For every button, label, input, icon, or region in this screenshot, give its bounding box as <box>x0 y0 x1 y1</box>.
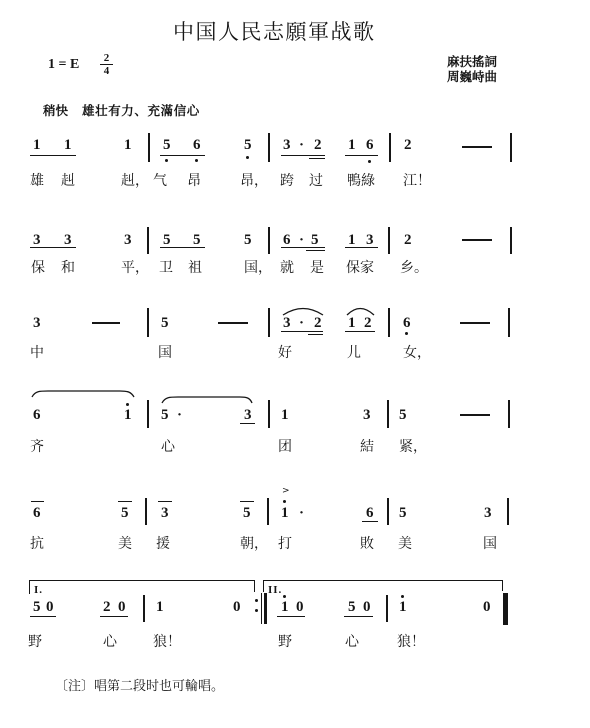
note: 6 <box>33 408 41 423</box>
lyric: 保 <box>31 261 45 275</box>
lyric: 儿 <box>347 346 361 360</box>
repeat-barline-thin <box>261 593 262 624</box>
beam-underline-double <box>309 158 325 159</box>
song-title: 中国人民志願軍战歌 <box>173 20 376 44</box>
note: 1 <box>281 408 289 423</box>
lyricist-credit: 麻扶搖詞 <box>447 55 497 68</box>
note: 2 <box>314 316 322 331</box>
lyric: 团 <box>278 440 292 454</box>
note: 1 <box>281 600 289 615</box>
high-octave-dot <box>401 595 404 598</box>
lyric: 气 <box>153 174 167 188</box>
note: 3 <box>64 233 72 248</box>
time-numerator: 2 <box>100 53 113 65</box>
lyric: 心 <box>345 635 359 649</box>
bar-line <box>268 308 270 337</box>
note: 1 <box>281 506 289 521</box>
note: 5 <box>399 506 407 521</box>
augmentation-dot: · <box>177 408 182 423</box>
note: 6 <box>193 138 201 153</box>
rest: 0 <box>363 600 371 615</box>
rest: 0 <box>483 600 491 615</box>
tenuto-mark <box>31 501 44 502</box>
lyric: 赳 <box>61 174 75 188</box>
lyric: 結 <box>360 440 374 454</box>
low-octave-dot <box>195 159 198 162</box>
rest: 0 <box>118 600 126 615</box>
lyric: 跨 <box>280 174 294 188</box>
note: 6 <box>33 506 41 521</box>
footnote: 〔注〕唱第二段时也可輪唱。 <box>55 680 224 694</box>
note: 5 <box>33 600 41 615</box>
note: 6 <box>283 233 291 248</box>
note: 2 <box>404 233 412 248</box>
first-ending-label: I. <box>34 585 43 596</box>
bar-line <box>268 227 270 254</box>
lyric: 心 <box>161 440 175 454</box>
note: 6 <box>366 506 374 521</box>
note: 2 <box>103 600 111 615</box>
lyric: 抗 <box>30 537 44 551</box>
low-octave-dot <box>246 156 249 159</box>
beam-underline <box>277 616 305 617</box>
lyric: 平， <box>121 261 149 275</box>
note: 3 <box>283 316 291 331</box>
note: 3 <box>283 138 291 153</box>
note: 2 <box>404 138 412 153</box>
bar-line <box>268 400 270 428</box>
augmentation-dot: · <box>299 233 304 248</box>
lyric: 国 <box>158 346 172 360</box>
note: 2 <box>364 316 372 331</box>
beam-underline <box>281 247 325 248</box>
beam-underline <box>345 331 375 332</box>
composer-credit: 周巍峙曲 <box>447 70 497 83</box>
bar-line <box>148 133 150 162</box>
note: 5 <box>244 233 252 248</box>
lyric: 卫 <box>159 261 173 275</box>
bar-line <box>143 595 145 622</box>
note: 3 <box>124 233 132 248</box>
lyric: 敗 <box>360 537 374 551</box>
lyric: 齐 <box>30 440 44 454</box>
note: 3 <box>484 506 492 521</box>
beam-underline <box>160 247 205 248</box>
bar-line <box>387 498 389 525</box>
lyric: 援 <box>156 537 170 551</box>
note: 6 <box>403 316 411 331</box>
bar-line <box>147 400 149 428</box>
note: 5 <box>244 138 252 153</box>
time-signature: 2 4 <box>100 53 113 76</box>
lyric: 江！ <box>403 174 431 188</box>
slur <box>32 391 134 397</box>
beam-underline <box>345 247 378 248</box>
note: 3 <box>33 316 41 331</box>
lyric: 赳， <box>121 174 149 188</box>
sustain-dash <box>92 322 120 324</box>
lyric: 乡。 <box>400 261 428 275</box>
bar-line <box>510 133 512 162</box>
rest: 0 <box>233 600 241 615</box>
lyric: 雄 <box>30 174 44 188</box>
lyric: 保家 <box>346 261 374 275</box>
bar-line <box>510 227 512 254</box>
second-ending-bracket-start <box>263 580 264 592</box>
first-ending-bracket <box>29 580 255 581</box>
sustain-dash <box>460 322 490 324</box>
lyric: 野 <box>278 635 292 649</box>
beam-underline <box>281 155 325 156</box>
lyric: 昂， <box>240 174 268 188</box>
lyric: 国， <box>244 261 272 275</box>
beam-underline <box>281 331 323 332</box>
bar-line <box>507 498 509 525</box>
high-octave-dot <box>126 403 129 406</box>
lyric: 打 <box>278 537 292 551</box>
note: 1 <box>64 138 72 153</box>
repeat-dot <box>255 609 258 612</box>
first-ending-bracket-end <box>254 580 255 592</box>
note: 5 <box>121 506 129 521</box>
lyric: 狼！ <box>397 635 425 649</box>
sustain-dash <box>462 239 492 241</box>
tempo-marking: 稍快 <box>43 104 68 117</box>
key-signature: 1 = E <box>48 58 79 72</box>
note: 5 <box>311 233 319 248</box>
note: 5 <box>161 316 169 331</box>
lyric: 朝， <box>240 537 268 551</box>
rest: 0 <box>296 600 304 615</box>
repeat-barline-thick <box>264 593 267 624</box>
beam-underline <box>160 155 205 156</box>
note: 6 <box>366 138 374 153</box>
lyric: 紧， <box>399 440 427 454</box>
beam-underline-double <box>308 334 323 335</box>
accent-mark: > <box>282 487 290 496</box>
bar-line <box>388 227 390 254</box>
sustain-dash <box>462 146 492 148</box>
augmentation-dot: · <box>299 506 304 521</box>
lyric: 中 <box>30 346 44 360</box>
time-denominator: 4 <box>100 65 113 76</box>
low-octave-dot <box>405 332 408 335</box>
final-barline <box>503 593 508 625</box>
note: 1 <box>156 600 164 615</box>
beam-underline <box>30 247 76 248</box>
bar-line <box>267 498 269 525</box>
beam-underline <box>30 155 76 156</box>
high-octave-dot <box>283 595 286 598</box>
lyric: 是 <box>310 261 324 275</box>
bar-line <box>147 227 149 254</box>
lyric: 女， <box>403 346 431 360</box>
note: 5 <box>399 408 407 423</box>
bar-line <box>388 308 390 337</box>
beam-underline <box>345 155 378 156</box>
lyric: 祖 <box>188 261 202 275</box>
slur <box>162 397 252 403</box>
beam-underline <box>240 423 255 424</box>
second-ending-label: II. <box>268 585 282 596</box>
beam-underline-double <box>306 250 325 251</box>
bar-line <box>268 133 270 162</box>
beam-underline <box>100 616 128 617</box>
tenuto-mark <box>158 501 172 502</box>
lyric: 过 <box>309 174 323 188</box>
note: 1 <box>348 316 356 331</box>
tenuto-mark <box>118 501 132 502</box>
note: 5 <box>243 506 251 521</box>
expression-marking: 雄壮有力、充滿信心 <box>82 104 200 117</box>
sustain-dash <box>218 322 248 324</box>
note: 3 <box>363 408 371 423</box>
note: 1 <box>124 408 132 423</box>
note: 2 <box>314 138 322 153</box>
note: 5 <box>163 233 171 248</box>
lyric: 美 <box>118 537 132 551</box>
low-octave-dot <box>165 159 168 162</box>
note: 1 <box>348 138 356 153</box>
low-octave-dot <box>368 160 371 163</box>
note: 3 <box>161 506 169 521</box>
lyric: 好 <box>278 346 292 360</box>
note: 5 <box>163 138 171 153</box>
beam-underline <box>344 616 373 617</box>
first-ending-bracket-start <box>29 580 30 594</box>
note: 5 <box>348 600 356 615</box>
note: 3 <box>33 233 41 248</box>
lyric: 美 <box>398 537 412 551</box>
lyric: 昂 <box>187 174 201 188</box>
note: 1 <box>399 600 407 615</box>
lyric: 狼！ <box>153 635 181 649</box>
note: 1 <box>124 138 132 153</box>
bar-line <box>386 595 388 622</box>
lyric: 就 <box>280 261 294 275</box>
tenuto-mark <box>240 501 254 502</box>
bar-line <box>145 498 147 525</box>
bar-line <box>147 308 149 337</box>
lyric: 心 <box>103 635 117 649</box>
augmentation-dot: · <box>299 138 304 153</box>
bar-line <box>508 400 510 428</box>
augmentation-dot: · <box>299 316 304 331</box>
note: 3 <box>366 233 374 248</box>
note: 1 <box>348 233 356 248</box>
sustain-dash <box>460 414 490 416</box>
bar-line <box>508 308 510 337</box>
beam-underline <box>362 521 378 522</box>
beam-underline <box>30 616 56 617</box>
lyric: 野 <box>28 635 42 649</box>
bar-line <box>387 400 389 428</box>
second-ending-bracket <box>263 580 503 581</box>
high-octave-dot <box>283 500 286 503</box>
second-ending-bracket-end <box>502 580 503 591</box>
lyric: 国 <box>483 537 497 551</box>
rest: 0 <box>46 600 54 615</box>
repeat-dot <box>255 599 258 602</box>
lyric: 鴨綠 <box>347 174 375 188</box>
note: 5 <box>193 233 201 248</box>
lyric: 和 <box>61 261 75 275</box>
note: 3 <box>244 408 252 423</box>
note: 5 <box>161 408 169 423</box>
note: 1 <box>33 138 41 153</box>
bar-line <box>389 133 391 162</box>
